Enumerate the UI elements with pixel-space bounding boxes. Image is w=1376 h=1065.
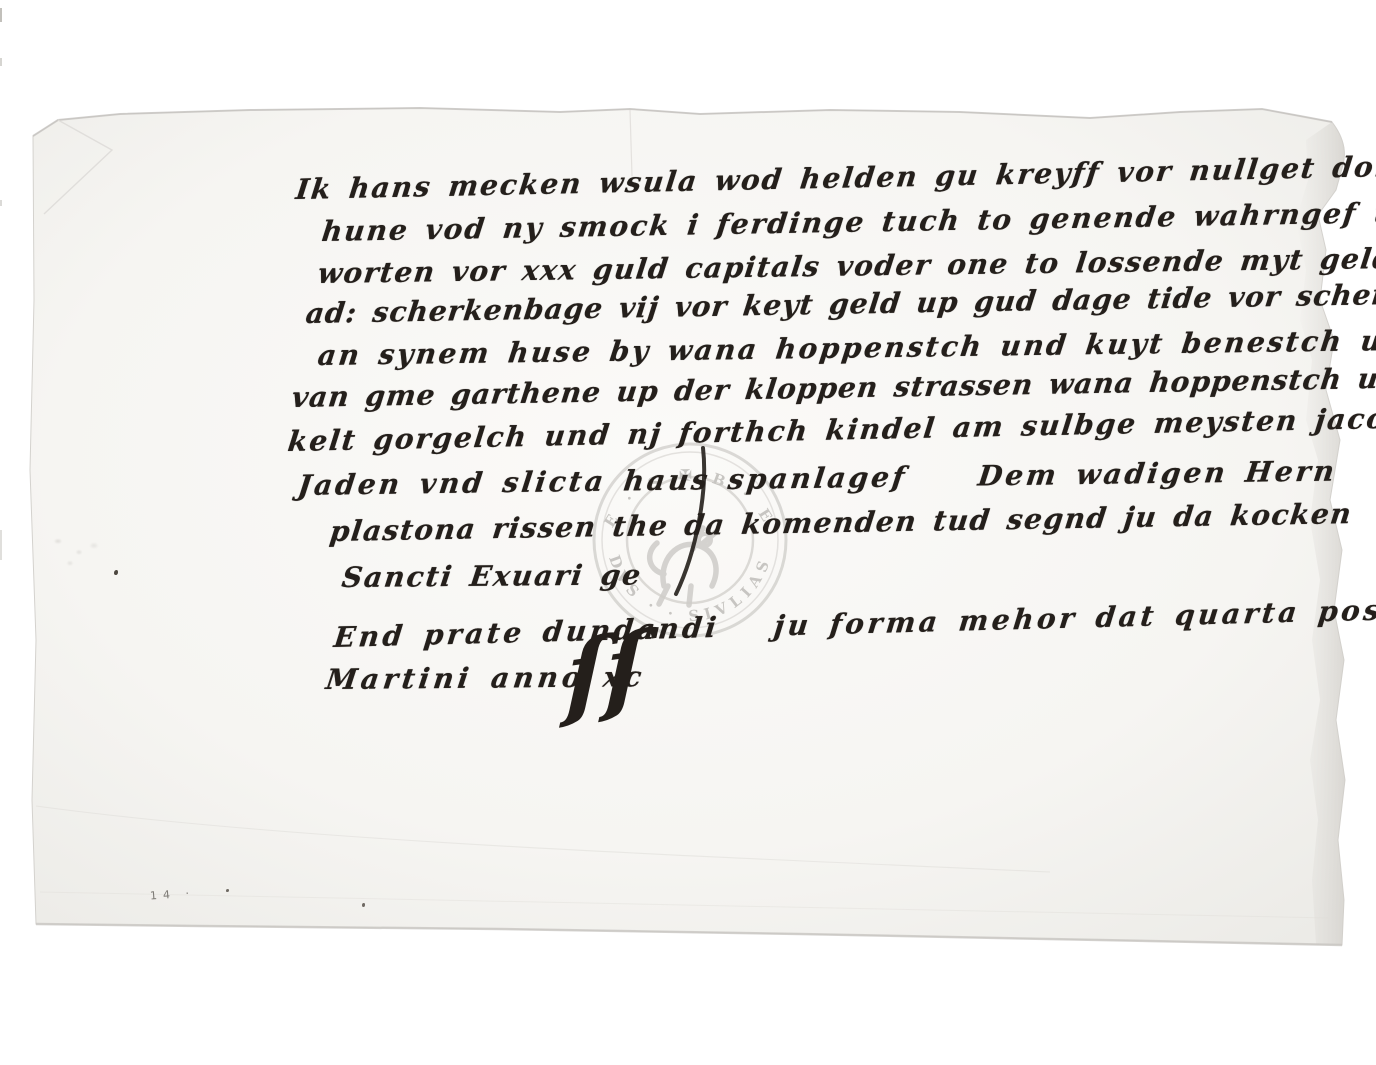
manuscript-line: Sancti Exuari ge [340, 561, 644, 592]
manuscript-scan: E · S ✠ B · E DVS · · SIVLIAS [0, 0, 1376, 1065]
pen-flourish: ſſ [564, 611, 646, 732]
margin-smudge [46, 528, 106, 572]
